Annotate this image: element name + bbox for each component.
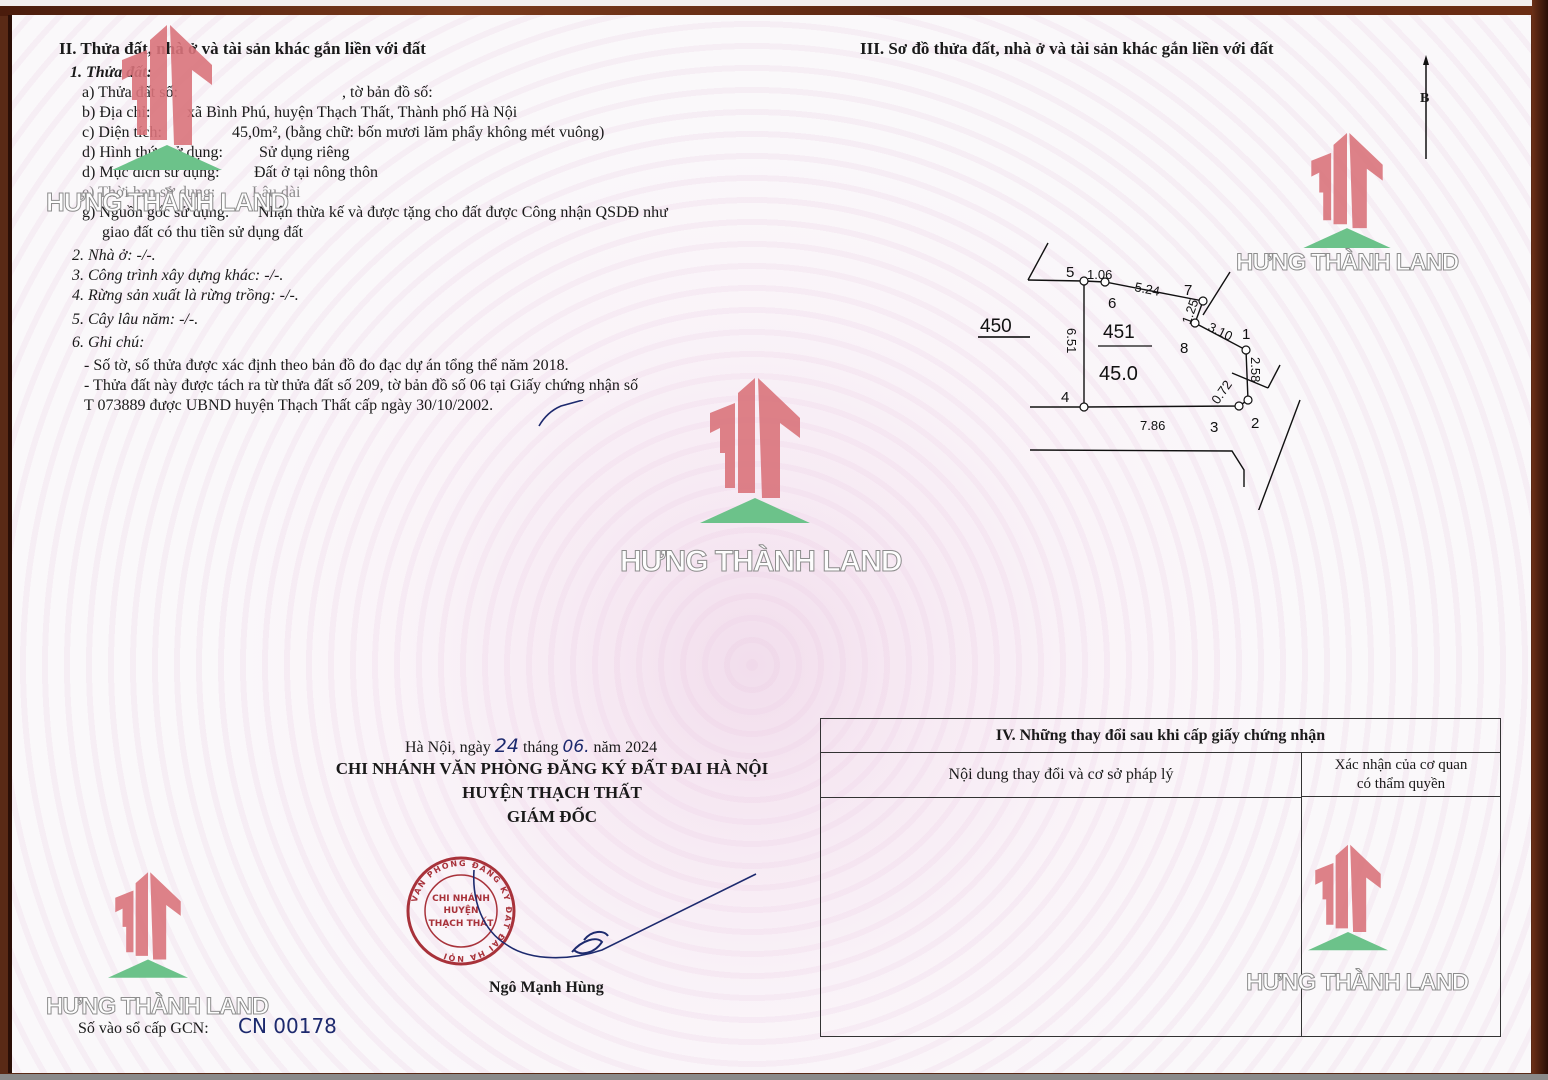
svg-text:2.58: 2.58 <box>1248 357 1263 382</box>
other-construction-item: 3. Công trình xây dựng khác: -/-. <box>72 266 283 286</box>
watermark-logo <box>1302 133 1392 248</box>
north-label: B <box>1420 89 1429 109</box>
purpose-value: Đất ở tại nông thôn <box>254 163 378 183</box>
svg-text:4: 4 <box>1061 389 1069 406</box>
parcel-area: 45.0 <box>1099 363 1138 385</box>
parcel-number: 451 <box>1103 322 1135 343</box>
watermark-text: HƯNG THÀNH LAND <box>1246 969 1468 997</box>
watermark-logo <box>1308 835 1388 960</box>
note-line-3: T 073889 được UBND huyện Thạch Thất cấp … <box>84 396 493 416</box>
frame-border-right <box>1532 0 1548 1080</box>
svg-text:8: 8 <box>1180 340 1188 357</box>
note-line-1: - Số tờ, số thửa được xác định theo bản … <box>84 356 569 376</box>
origin-value-line2: giao đất có thu tiền sử dụng đất <box>102 223 303 243</box>
usage-form-value: Sử dụng riêng <box>259 143 349 163</box>
watermark-logo <box>108 870 188 980</box>
svg-text:3: 3 <box>1210 419 1218 436</box>
house-item: 2. Nhà ở: -/-. <box>72 246 156 266</box>
watermark-text: HƯNG THÀNH LAND <box>46 187 288 218</box>
watermark-text: HƯNG THÀNH LAND <box>46 993 268 1021</box>
watermark-text: HƯNG THÀNH LAND <box>620 545 902 579</box>
signature-mark <box>462 870 762 980</box>
svg-text:0.72: 0.72 <box>1208 377 1235 406</box>
issue-date: Hà Nội, ngày 24 tháng 06. năm 2024 <box>405 736 657 758</box>
org-line-2: HUYỆN THẠCH THẤT <box>292 783 812 803</box>
column-divider <box>1301 797 1302 1036</box>
svg-text:7: 7 <box>1184 282 1192 299</box>
svg-text:3.10: 3.10 <box>1206 319 1235 344</box>
address-value: xã Bình Phú, huyện Thạch Thất, Thành phố… <box>187 103 517 123</box>
initial-mark <box>537 400 587 430</box>
section-4-title: IV. Những thay đổi sau khi cấp giấy chứn… <box>821 719 1500 753</box>
svg-text:1.06: 1.06 <box>1087 267 1112 282</box>
org-line-1: CHI NHÁNH VĂN PHÒNG ĐĂNG KÝ ĐẤT ĐAI HÀ N… <box>292 759 812 779</box>
svg-text:6: 6 <box>1108 295 1116 312</box>
watermark-logo <box>700 373 810 528</box>
svg-text:2: 2 <box>1251 415 1259 432</box>
svg-text:7.86: 7.86 <box>1140 418 1165 433</box>
registry-label: Số vào sổ cấp GCN: <box>78 1019 209 1039</box>
changes-column-confirmation: Xác nhận của cơ quan có thẩm quyền <box>1301 753 1500 797</box>
watermark-text: HƯNG THÀNH LAND <box>1236 249 1458 277</box>
forest-item: 4. Rừng sản xuất là rừng trồng: -/-. <box>72 286 299 306</box>
svg-text:1: 1 <box>1242 326 1250 343</box>
issue-month: 06. <box>563 737 590 757</box>
issue-day: 24 <box>495 735 519 757</box>
map-sheet-label: , tờ bản đồ số: <box>342 83 433 103</box>
notes-heading: 6. Ghi chú: <box>72 333 144 353</box>
watermark-logo <box>112 25 222 170</box>
neighbor-parcel-label: 450 <box>980 316 1012 337</box>
position-title: GIÁM ĐỐC <box>292 807 812 827</box>
svg-text:5.24: 5.24 <box>1133 279 1161 299</box>
area-value: 45,0m², (bằng chữ: bốn mươi lăm phẩy khô… <box>232 123 604 143</box>
north-arrow-icon <box>1416 55 1436 165</box>
section-3-title: III. Sơ đồ thửa đất, nhà ở và tài sản kh… <box>860 39 1274 59</box>
svg-text:6.51: 6.51 <box>1064 328 1079 353</box>
origin-value-line1: Nhận thừa kế và được tặng cho đất được C… <box>258 203 668 223</box>
frame-bottom <box>0 1074 1548 1080</box>
svg-text:5: 5 <box>1066 264 1074 281</box>
changes-column-content: Nội dung thay đổi và cơ sở pháp lý <box>821 753 1301 798</box>
perennial-item: 5. Cây lâu năm: -/-. <box>72 310 198 330</box>
certificate-page: II. Thửa đất, nhà ở và tài sản khác gắn … <box>12 15 1531 1073</box>
note-line-2: - Thửa đất này được tách ra từ thửa đất … <box>84 376 638 396</box>
signer-name: Ngô Mạnh Hùng <box>489 978 604 998</box>
